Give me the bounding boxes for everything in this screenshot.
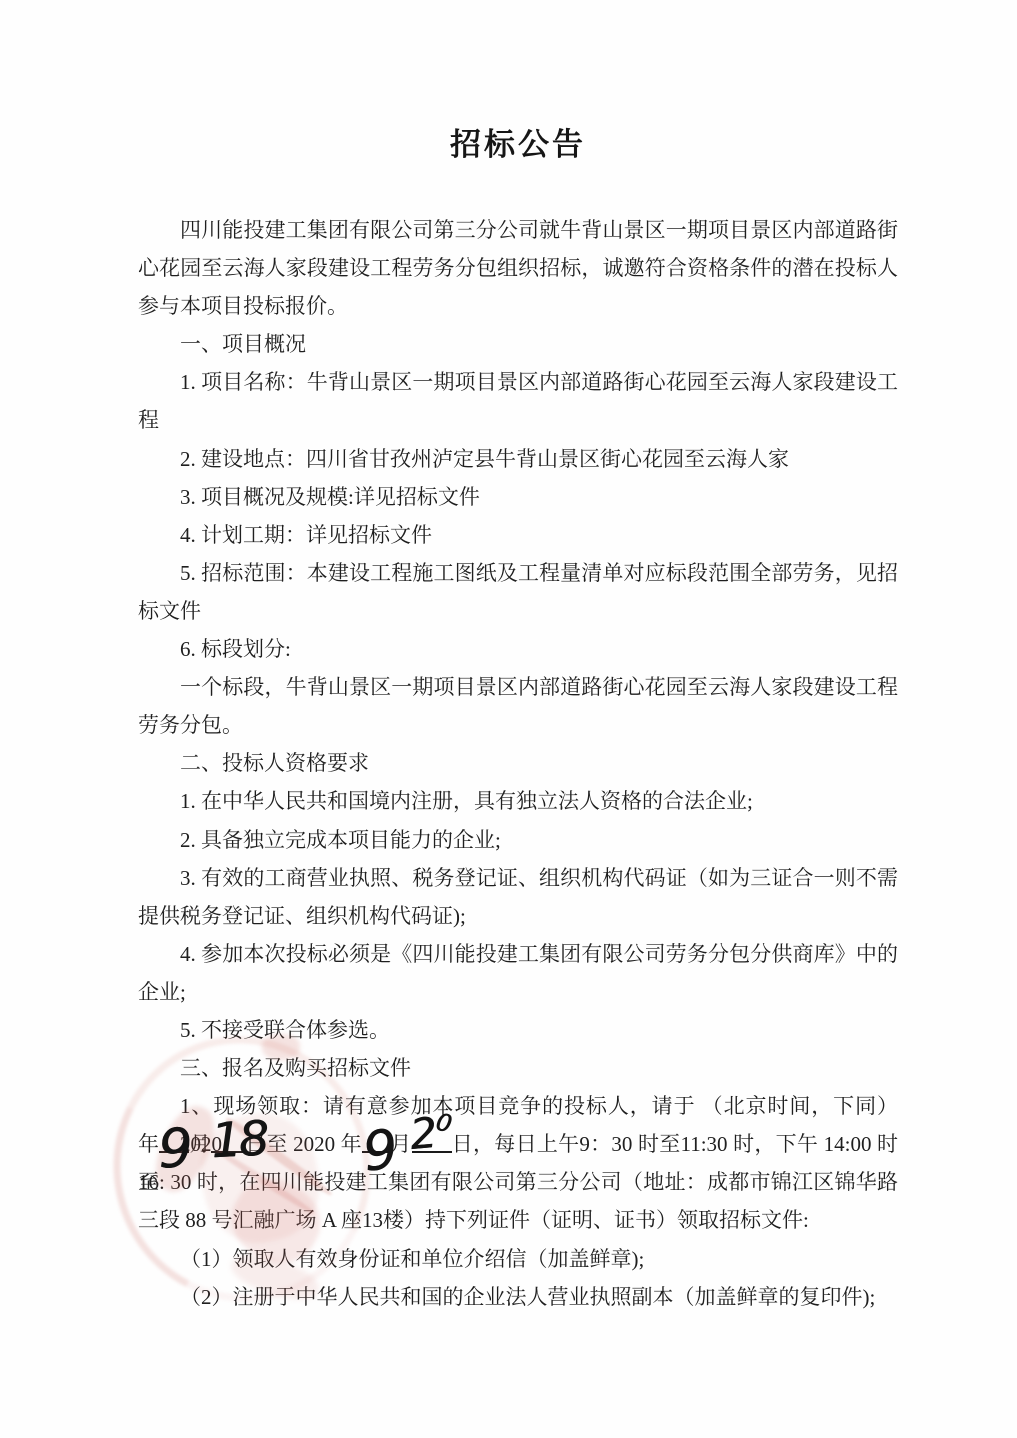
text-line: 1. 项目名称：牛背山景区一期项目景区内部道路街心花园至云海人家段建设工 [138,363,898,401]
text-line: 6. 标段划分: [138,630,898,668]
text-line: 3. 项目概况及规模:详见招标文件 [138,478,898,516]
scanned-document-page: 招标公告 四川能投建工集团有限公司第三分公司就牛背山景区一期项目景区内部道路街 … [0,0,1017,1438]
text-line: 参与本项目投标报价。 [138,287,898,325]
text-line: 标文件 [138,592,898,630]
text-line: 程 [138,401,898,439]
date-blank-day-to: 20 [412,1131,452,1153]
text-line: 劳务分包。 [138,706,898,744]
date-blank-month-from: 9 [159,1131,189,1153]
date-blank-day-from: 18 [211,1131,245,1153]
text-line: （1）领取人有效身份证和单位介绍信（加盖鲜章); [138,1240,898,1278]
section-heading-1: 一、项目概况 [138,325,898,363]
text-line: 4. 计划工期：详见招标文件 [138,516,898,554]
text-line: 提供税务登记证、组织机构代码证); [138,897,898,935]
section-heading-2: 二、投标人资格要求 [138,744,898,782]
date-label-mid: 日至 2020 年 [245,1132,362,1156]
text-line: 三段 88 号汇融广场 A 座13楼）持下列证件（证明、证书）领取招标文件: [138,1201,898,1239]
text-line: 四川能投建工集团有限公司第三分公司就牛背山景区一期项目景区内部道路街 [138,211,898,249]
text-line: 2. 建设地点：四川省甘孜州泸定县牛背山景区街心花园至云海人家 [138,440,898,478]
text-line: 心花园至云海人家段建设工程劳务分包组织招标，诚邀符合资格条件的潜在投标人 [138,249,898,287]
text-line: 3. 有效的工商营业执照、税务登记证、组织机构代码证（如为三证合一则不需 [138,859,898,897]
text-line: 2. 具备独立完成本项目能力的企业; [138,821,898,859]
text-line: 5. 招标范围：本建设工程施工图纸及工程量清单对应标段范围全部劳务，见招 [138,554,898,592]
text-line: 1、现场领取：请有意参加本项目竞争的投标人，请于 （北京时间，下同）2020 [138,1087,898,1125]
date-fill-in-line: 年9月18日至 2020 年9月20日，每日上午9：30 时至11:30 时，下… [138,1125,898,1163]
text-line: 1. 在中华人民共和国境内注册，具有独立法人资格的合法企业; [138,782,898,820]
section-heading-3: 三、报名及购买招标文件 [138,1049,898,1087]
text-line: 16: 30 时，在四川能投建工集团有限公司第三分公司（地址：成都市锦江区锦华路 [138,1163,898,1201]
date-label-year-from: 年 [138,1132,159,1156]
text-line: 4. 参加本次投标必须是《四川能投建工集团有限公司劳务分包分供商库》中的 [138,935,898,973]
date-blank-month-to: 9 [362,1131,390,1153]
date-label-month-from: 月 [189,1132,211,1156]
date-label-month-to: 月 [390,1132,412,1156]
document-title: 招标公告 [138,122,898,168]
text-line: （2）注册于中华人民共和国的企业法人营业执照副本（加盖鲜章的复印件); [138,1278,898,1316]
text-line: 5. 不接受联合体参选。 [138,1011,898,1049]
text-line: 一个标段，牛背山景区一期项目景区内部道路街心花园至云海人家段建设工程 [138,668,898,706]
document-content: 招标公告 四川能投建工集团有限公司第三分公司就牛背山景区一期项目景区内部道路街 … [138,0,898,1316]
text-line: 企业; [138,973,898,1011]
